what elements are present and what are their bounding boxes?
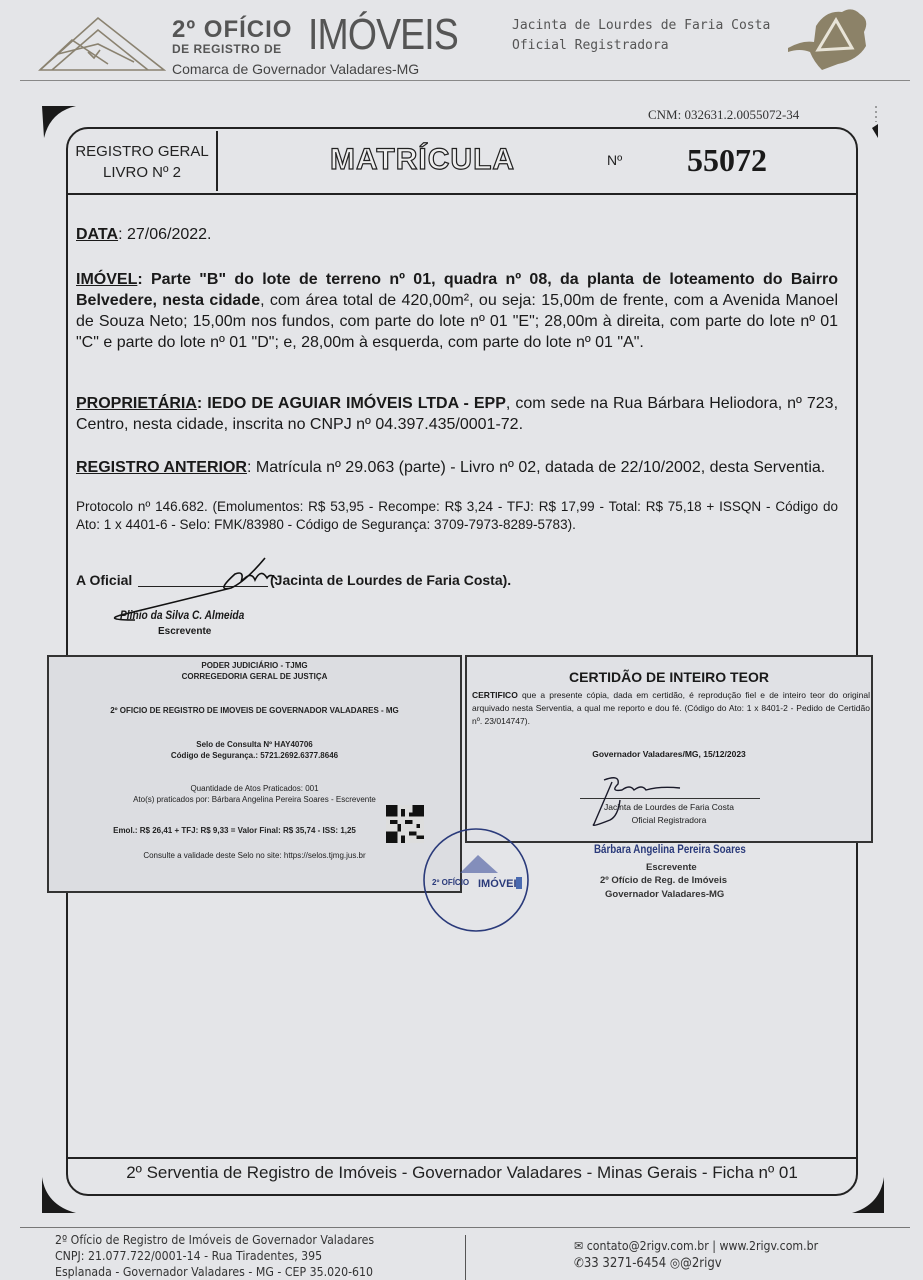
- header-officer-role: Oficial Registradora: [512, 38, 669, 53]
- oficial-name: (Jacinta de Lourdes de Faria Costa).: [270, 572, 511, 588]
- whatsapp-icon: ✆: [574, 1256, 584, 1271]
- registro-anterior-text: : Matrícula nº 29.063 (parte) - Livro nº…: [247, 459, 825, 476]
- matricula-label: MATRÍCULA: [330, 143, 515, 177]
- footer-address-line2: CNPJ: 21.077.722/0001-14 - Rua Tiradente…: [55, 1248, 322, 1263]
- carimbo-org: 2º Ofício de Reg. de Imóveis: [600, 875, 727, 886]
- imovel-label: IMÓVEL: [76, 271, 137, 288]
- escrevente-role: Escrevente: [158, 626, 211, 637]
- carimbo-name: Bárbara Angelina Pereira Soares: [594, 844, 746, 856]
- numero-symbol: Nº: [607, 152, 622, 168]
- instagram-icon: ◎: [670, 1256, 680, 1271]
- cnm-code: CNM: 032631.2.0055072-34: [648, 107, 799, 123]
- corner-mark-top-right: [868, 104, 882, 140]
- minas-gerais-map-icon: [782, 4, 872, 72]
- matricula-number: 55072: [687, 142, 767, 179]
- proprietaria-label: PROPRIETÁRIA: [76, 395, 197, 412]
- header-comarca: Comarca de Governador Valadares-MG: [172, 61, 419, 77]
- data-value: : 27/06/2022.: [118, 226, 211, 243]
- registro-geral-box: REGISTRO GERAL LIVRO Nº 2: [68, 131, 218, 191]
- header-oficio: 2º OFÍCIO: [172, 16, 292, 44]
- header-officer-name: Jacinta de Lourdes de Faria Costa: [512, 18, 770, 33]
- footer-contact-links[interactable]: contato@2rigv.com.br | www.2rigv.com.br: [587, 1238, 818, 1253]
- certidao-text: CERTIFICO que a presente cópia, dada em …: [472, 689, 870, 728]
- proprietaria-bold: : IEDO DE AGUIAR IMÓVEIS LTDA - EPP: [197, 395, 506, 412]
- registro-geral-line1: REGISTRO GERAL: [68, 141, 216, 162]
- selo-box: PODER JUDICIÁRIO - TJMG CORREGEDORIA GER…: [47, 655, 462, 893]
- selo-atos-por: Ato(s) praticados por: Bárbara Angelina …: [49, 795, 460, 804]
- footer-instagram[interactable]: @2rigv: [680, 1256, 722, 1271]
- proprietaria-paragraph: PROPRIETÁRIA: IEDO DE AGUIAR IMÓVEIS LTD…: [76, 393, 838, 435]
- carimbo-city: Governador Valadares-MG: [605, 889, 724, 900]
- selo-valores: Emol.: R$ 26,41 + TFJ: R$ 9,33 = Valor F…: [29, 826, 440, 835]
- office-stamp-icon: 2º OFÍCIO IMÓVEI: [420, 825, 532, 935]
- protocolo-text: Protocolo nº 146.682. (Emolumentos: R$ 5…: [76, 498, 838, 534]
- ficha-footer-text: 2º Serventia de Registro de Imóveis - Go…: [66, 1163, 858, 1183]
- header-de-registro: DE REGISTRO DE: [172, 42, 282, 56]
- selo-line1: PODER JUDICIÁRIO - TJMG: [49, 661, 460, 670]
- selo-consulta: Selo de Consulta Nº HAY40706: [49, 740, 460, 749]
- certidao-signature-icon: [560, 770, 700, 830]
- header-imoveis: IMÓVEIS: [308, 10, 458, 60]
- selo-consulte-link[interactable]: Consulte a validade deste Selo no site: …: [49, 851, 460, 860]
- selo-codigo-seguranca: Código de Segurança.: 5721.2692.6377.864…: [49, 751, 460, 760]
- svg-text:IMÓVEI: IMÓVEI: [478, 877, 517, 890]
- certifico-label: CERTIFICO: [472, 690, 518, 700]
- data-paragraph: DATA: 27/06/2022.: [76, 224, 838, 245]
- selo-line2: CORREGEDORIA GERAL DE JUSTIÇA: [49, 672, 460, 681]
- footer-phone[interactable]: 33 3271-6454: [584, 1256, 666, 1271]
- escrevente-name: Plinio da Silva C. Almeida: [120, 608, 244, 622]
- certidao-title: CERTIDÃO DE INTEIRO TEOR: [467, 669, 871, 685]
- footer-divider: [20, 1227, 910, 1228]
- footer-contact-line: ✉ contato@2rigv.com.br | www.2rigv.com.b…: [574, 1238, 818, 1253]
- imovel-paragraph: IMÓVEL: Parte "B" do lote de terreno nº …: [76, 269, 838, 353]
- registro-geral-line2: LIVRO Nº 2: [68, 162, 216, 183]
- selo-line3: 2º OFICIO DE REGISTRO DE IMOVEIS DE GOVE…: [49, 706, 460, 715]
- footer-phone-line: ✆33 3271-6454 ◎@2rigv: [574, 1256, 722, 1271]
- header-divider: [20, 80, 910, 81]
- registro-anterior-paragraph: REGISTRO ANTERIOR: Matrícula nº 29.063 (…: [76, 457, 838, 478]
- qr-code-icon[interactable]: [386, 805, 424, 843]
- footer-vertical-divider: [465, 1235, 466, 1280]
- svg-text:2º OFÍCIO: 2º OFÍCIO: [432, 878, 469, 887]
- data-label: DATA: [76, 226, 118, 243]
- email-icon: ✉: [574, 1238, 587, 1253]
- carimbo-role: Escrevente: [646, 862, 697, 873]
- certidao-body: que a presente cópia, dada em certidão, …: [472, 690, 870, 726]
- footer-address-line1: 2º Ofício de Registro de Imóveis de Gove…: [55, 1232, 374, 1247]
- registro-anterior-label: REGISTRO ANTERIOR: [76, 459, 247, 476]
- mountain-logo-icon: [38, 14, 166, 72]
- footer-address-line3: Esplanada - Governador Valadares - MG - …: [55, 1264, 373, 1279]
- certidao-date: Governador Valadares/MG, 15/12/2023: [467, 749, 871, 759]
- selo-quantidade-atos: Quantidade de Atos Praticados: 001: [49, 784, 460, 793]
